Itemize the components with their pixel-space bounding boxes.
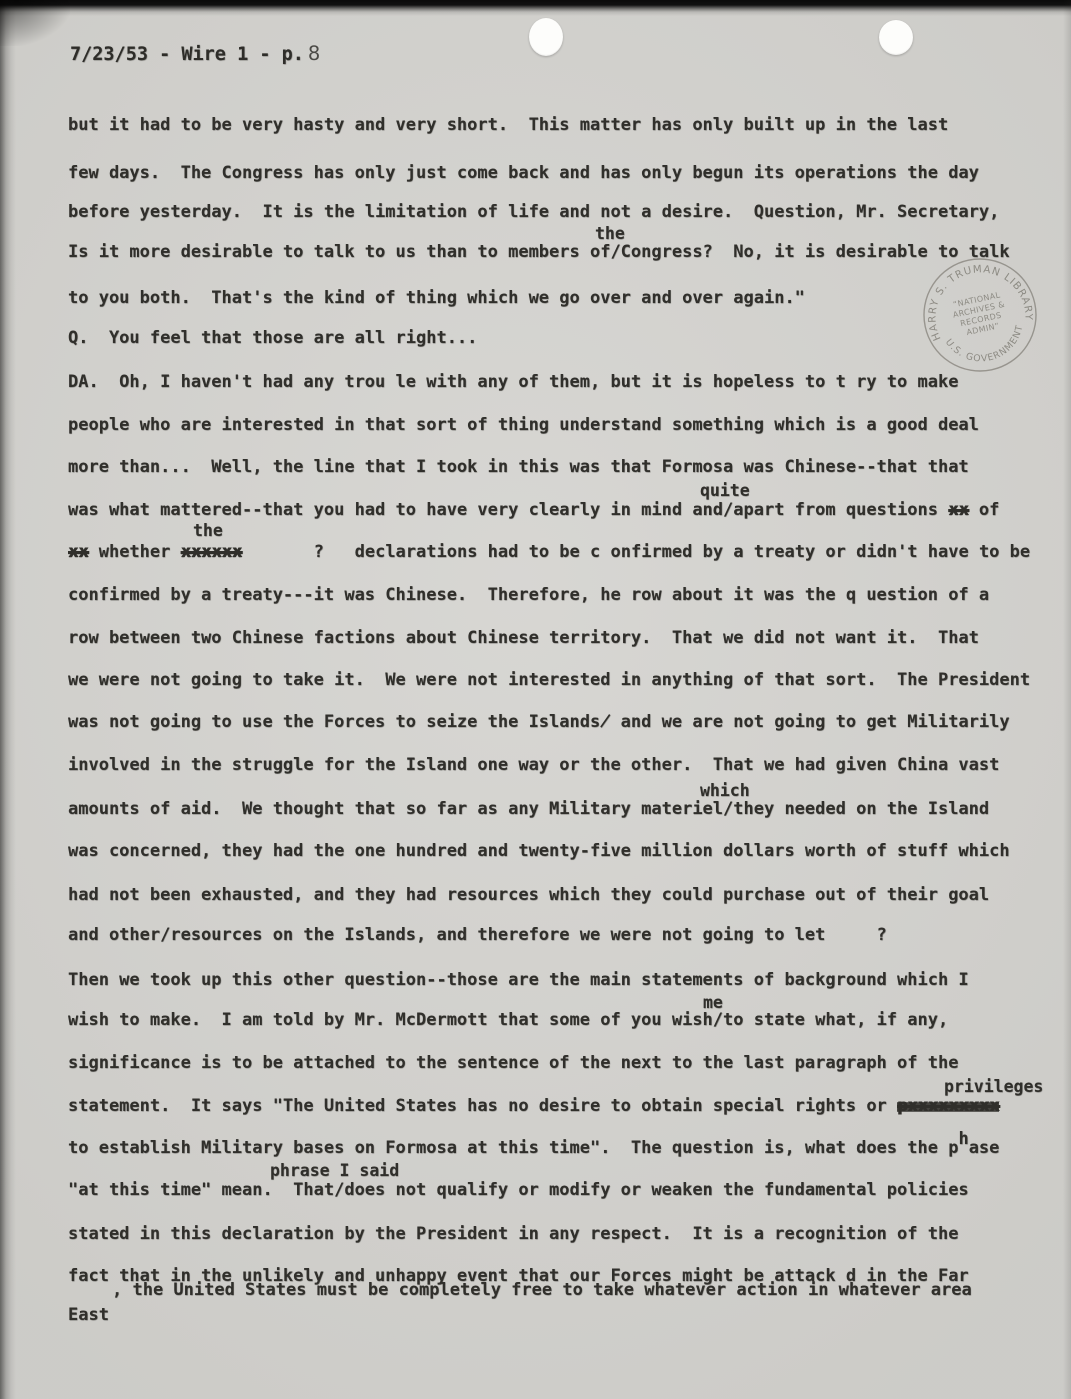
document-line: significance is to be attached to the se… (68, 1053, 958, 1073)
document-line: xx whether xxxxxx ? declarations had to … (68, 542, 1030, 562)
document-line: we were not going to take it. We were no… (68, 670, 1030, 690)
document-line: statement. It says "The United States ha… (68, 1096, 999, 1116)
document-line: involved in the struggle for the Island … (68, 755, 999, 775)
document-line: row between two Chinese factions about C… (68, 628, 979, 648)
document-line: had not been exhausted, and they had res… (68, 885, 989, 905)
stamp-graphic: HARRY S. TRUMAN LIBRARY U.S. GOVERNMENT … (909, 244, 1051, 386)
page-number: 8 (304, 42, 320, 65)
interlinear-insertion: me (703, 993, 723, 1013)
scan-edge-right (1063, 0, 1071, 1399)
document-line: , the United States must be completely f… (112, 1280, 972, 1300)
document-line: more than... Well, the line that I took … (68, 457, 969, 477)
document-line: wish to make. I am told by Mr. McDermott… (68, 1010, 948, 1030)
document-line: amounts of aid. We thought that so far a… (68, 799, 989, 819)
interlinear-insertion: privileges (944, 1077, 1043, 1097)
interlinear-insertion: quite (700, 481, 750, 501)
hole-punch-left (529, 18, 563, 56)
document-line: confirmed by a treaty---it was Chinese. … (68, 585, 989, 605)
interlinear-insertion: the (595, 224, 625, 244)
scan-edge-top (0, 0, 1071, 16)
scan-edge-left (0, 0, 16, 1399)
document-line: was concerned, they had the one hundred … (68, 841, 1010, 861)
page-header: 7/23/53 - Wire 1 - p.8 (70, 42, 320, 65)
document-line: was what mattered--that you had to have … (68, 500, 999, 520)
document-line: DA. Oh, I haven't had any trou le with a… (68, 372, 958, 392)
archives-stamp: HARRY S. TRUMAN LIBRARY U.S. GOVERNMENT … (909, 244, 1051, 386)
interlinear-insertion: phrase I said (270, 1161, 399, 1181)
document-line: few days. The Congress has only just com… (68, 163, 979, 183)
document-line: to you both. That's the kind of thing wh… (68, 288, 805, 308)
document-line: East (68, 1305, 109, 1325)
header-date-label: 7/23/53 - Wire 1 - p. (70, 44, 304, 65)
interlinear-insertion: which (700, 781, 750, 801)
document-line: Is it more desirable to talk to us than … (68, 242, 1010, 262)
document-line: Q. You feel that those are all right... (68, 328, 477, 348)
document-line: was not going to use the Forces to seize… (68, 712, 1010, 732)
scan-corner-shadow (0, 0, 70, 46)
document-line: people who are interested in that sort o… (68, 415, 979, 435)
document-line: but it had to be very hasty and very sho… (68, 115, 948, 135)
interlinear-insertion: the (193, 521, 223, 541)
hole-punch-right (879, 20, 913, 55)
document-line: before yesterday. It is the limitation o… (68, 202, 999, 222)
document-line: "at this time" mean. That/does not quali… (68, 1180, 969, 1200)
document-line: and other/resources on the Islands, and … (68, 925, 887, 945)
document-line: Then we took up this other question--tho… (68, 970, 969, 990)
document-line: to establish Military bases on Formosa a… (68, 1138, 999, 1158)
document-line: stated in this declaration by the Presid… (68, 1224, 958, 1244)
